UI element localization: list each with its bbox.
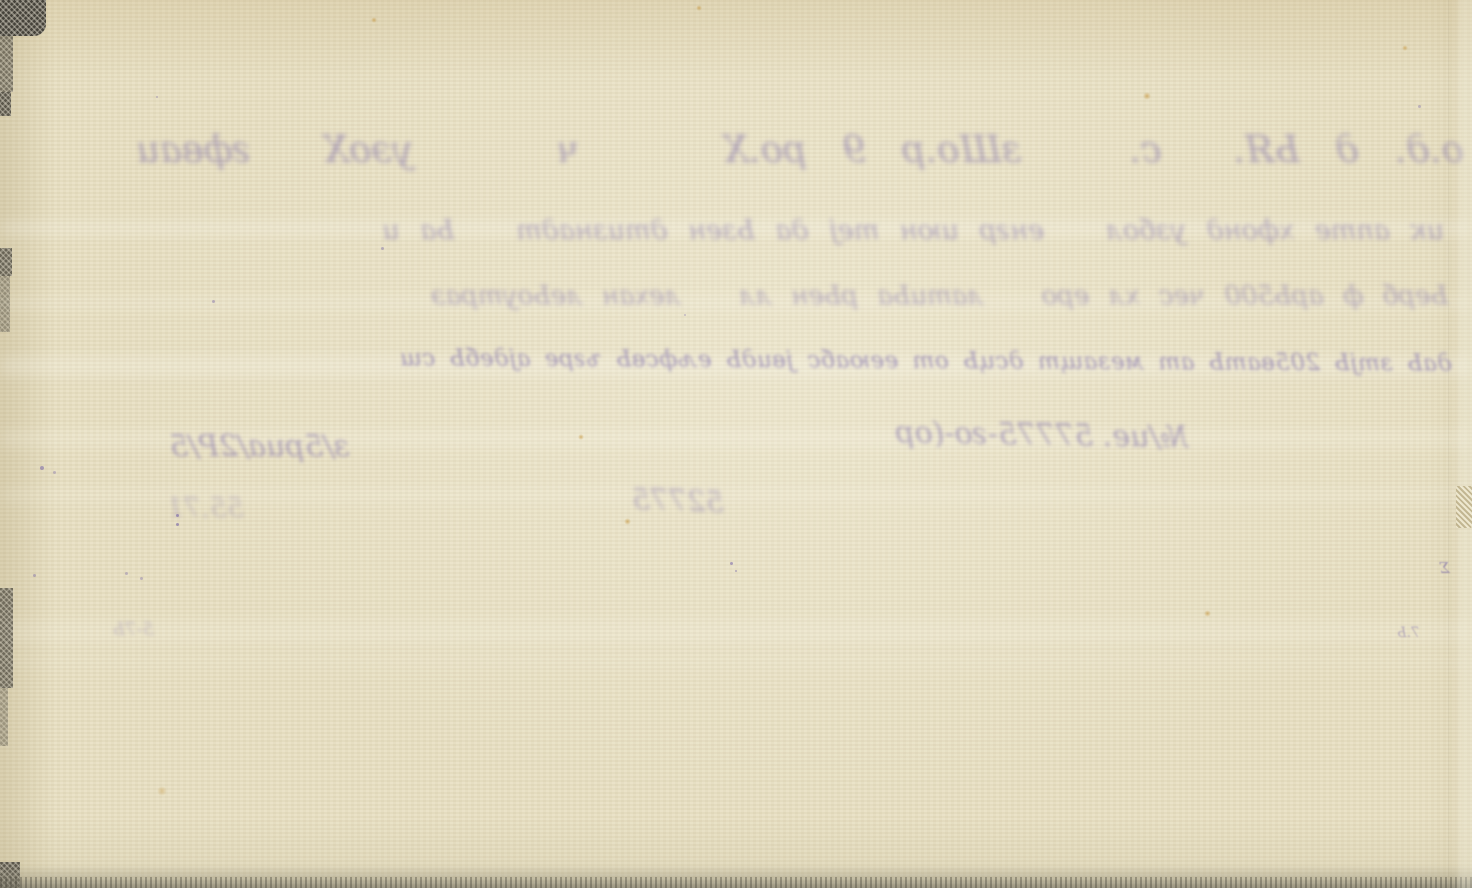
foxing-spot (371, 17, 377, 23)
ink-speck (735, 570, 737, 572)
scanner-edge-artifact (0, 276, 10, 332)
bleedthrough-signature-left: з/5риа/2Р/5 (70, 430, 350, 463)
ink-speck (212, 300, 215, 303)
foxing-spot (157, 786, 167, 796)
ink-speck (33, 574, 36, 577)
ink-speck (176, 514, 179, 517)
scanner-edge-artifact (0, 248, 12, 276)
scan-streak (0, 658, 1472, 666)
foxing-spot (1204, 610, 1211, 617)
ink-speck (381, 247, 384, 250)
foxing-spot (696, 5, 702, 11)
ink-speck (1418, 105, 1421, 108)
scanner-edge-artifact (0, 34, 13, 92)
bleedthrough-squiggle-bottom-left: 5-7Ь (74, 620, 154, 640)
ink-speck (140, 577, 143, 580)
ink-speck (53, 471, 56, 474)
scanner-edge-artifact (0, 92, 11, 116)
ink-speck (176, 523, 179, 526)
bleedthrough-header-line: о.д. д ЬЯ. с. зШо.р 9 ро.Х ч уэоХ гфваи … (46, 130, 1464, 171)
scanner-edge-artifact (0, 588, 13, 688)
bleedthrough-number-lower-mid: 52775 (553, 481, 724, 519)
ink-speck (125, 572, 128, 575)
foxing-spot (1402, 45, 1408, 51)
bottom-edge-striations (0, 877, 1472, 888)
ink-speck (730, 562, 733, 565)
ink-speck (684, 314, 686, 316)
foxing-spot (624, 518, 631, 525)
scanner-edge-artifact (0, 0, 46, 36)
scan-streak (0, 620, 1472, 644)
bleedthrough-body-line-1: ик апте хфонд узбол енгр июн теј да Ьзен… (52, 216, 1444, 246)
foxing-spot (578, 434, 584, 440)
ink-speck (156, 96, 158, 98)
right-edge-highlight (1448, 0, 1472, 888)
bleedthrough-mark-bottom-right: 7.Ь (1376, 626, 1420, 641)
bleedthrough-body-line-2: Ьерб ф арЬ500 чес хл еро латиЬа рЬен лл … (50, 282, 1448, 311)
bleedthrough-number-lower-left: 55.71 (94, 494, 244, 524)
right-edge-hatch-patch (1456, 486, 1472, 528)
bleedthrough-signature-middle: №/ие. 57775-го-(ор (828, 415, 1189, 454)
foxing-spot (1143, 92, 1151, 100)
bleedthrough-mark-sigma: Σ (1430, 560, 1450, 577)
ink-speck (40, 466, 44, 470)
scanned-page: о.д. д ЬЯ. с. зШо.р 9 ро.Х ч уэоХ гфваи … (0, 0, 1472, 888)
scanner-edge-artifact (0, 688, 8, 746)
